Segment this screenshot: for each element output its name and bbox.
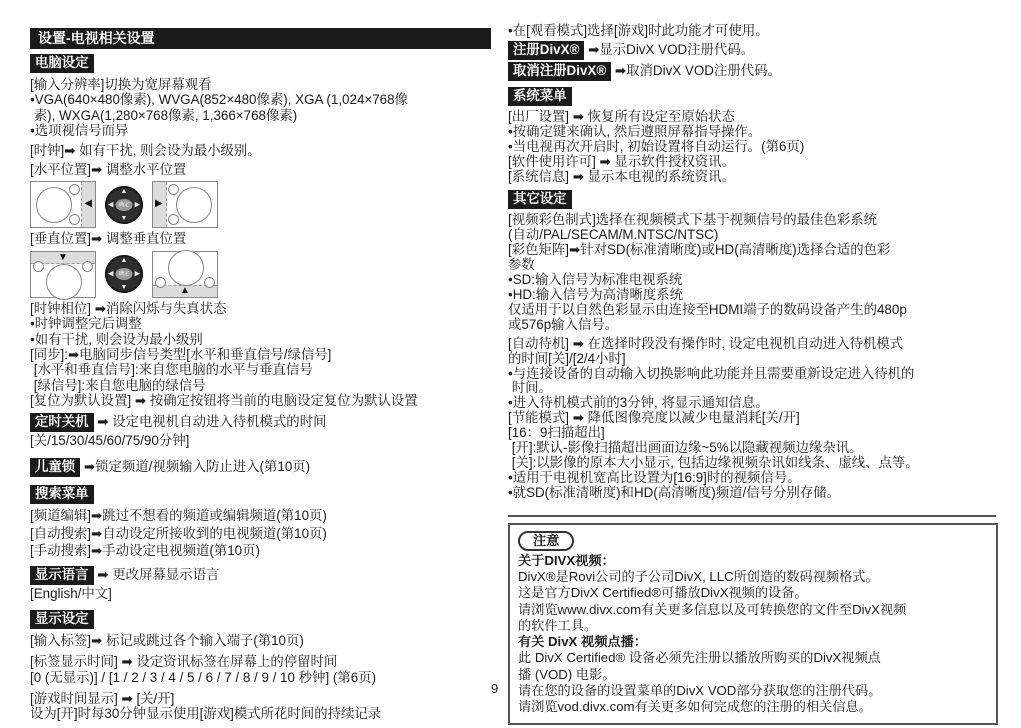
- divx-deregister-line: 取消注册DivX® ➡取消DivX VOD注册代码。: [508, 62, 996, 81]
- text-line: [绿信号]:来自您电脑的绿信号: [30, 378, 496, 393]
- picture-dot: [69, 214, 80, 225]
- text-line: [自动搜索]➡自动设定所接收到的电视频道(第10页): [30, 526, 496, 541]
- text-line: [16：9扫描超出]: [508, 426, 996, 441]
- picture-dot: [204, 277, 215, 288]
- text-line: •VGA(640×480像素), WVGA(852×480像素), XGA (1…: [30, 92, 496, 107]
- page-number: 9: [491, 681, 498, 696]
- screen-shifted-left: ◀: [30, 181, 96, 228]
- text-line: •如有干扰, 则会设为最小级别: [30, 332, 496, 347]
- badge-divx-register: 注册DivX®: [508, 41, 584, 60]
- text-line: [时钟相位] ➡消除闪烁与失真状态: [30, 301, 496, 316]
- text-line: 仅适用于以自然色彩显示由连接至HDMI端子的数码设备产生的480p: [508, 303, 996, 318]
- text-line: •时钟调整完后调整: [30, 316, 496, 331]
- text-line: [频道编辑]➡跳过不想看的频道或编辑频道(第10页): [30, 508, 496, 523]
- h-position-label: [水平位置]➡ 调整水平位置: [30, 162, 496, 177]
- text-line: •SD:输入信号为标准电视系统: [508, 273, 996, 288]
- sleep-timer-line: 定时关机 ➡ 设定电视机自动进入待机模式的时间: [30, 413, 496, 432]
- dpad-icon: ▲ ▼ ◀ ▶ 确定: [105, 255, 143, 293]
- picture-dot: [168, 214, 179, 225]
- text-line: ➡取消DivX VOD注册代码。: [611, 63, 781, 78]
- dpad-down-icon: ▼: [121, 215, 128, 222]
- text-line: ➡锁定频道/视频输入防止进入(第10页): [80, 459, 310, 474]
- badge-divx-deregister: 取消注册DivX®: [508, 62, 611, 81]
- text-line: •当电视再次开启时, 初始设置将自动运行。(第6页): [508, 140, 996, 155]
- text-line: 或576p输入信号。: [508, 318, 996, 333]
- note-heading: 有关 DivX 视频点播：: [518, 634, 988, 650]
- text-line: 请在您的设备的设置菜单的DivX VOD部分获取您的注册代码。: [518, 683, 988, 699]
- badge-other-settings: 其它设定: [508, 190, 572, 209]
- down-arrow-icon: ▼: [58, 253, 68, 263]
- dpad-left-icon: ◀: [108, 271, 113, 278]
- picture-dot: [69, 184, 80, 195]
- child-lock-line: 儿童锁 ➡锁定频道/视频输入防止进入(第10页): [30, 458, 496, 477]
- picture-dot: [33, 261, 44, 272]
- note-heading: 关于DIVX视频：: [518, 553, 988, 569]
- badge-pc-settings: 电脑设定: [30, 54, 94, 73]
- text-line: •适用于电视机宽高比设置为[16:9]时的视频信号。: [508, 471, 996, 486]
- picture-dot: [82, 261, 93, 272]
- divx-register-line: 注册DivX® ➡显示DivX VOD注册代码。: [508, 41, 996, 60]
- dpad-up-icon: ▲: [121, 188, 128, 195]
- left-arrow-icon: ◀: [84, 199, 92, 209]
- text-line: •就SD(标准清晰度)和HD(高清晰度)频道/信号分别存储。: [508, 486, 996, 501]
- badge-child-lock: 儿童锁: [30, 458, 80, 477]
- text-line: 此 DivX Certified® 设备必须先注册以播放所购买的DivX视频点: [518, 650, 988, 666]
- text-line: 的时间[关]/[2/4小时]: [508, 352, 996, 367]
- screen-shifted-up: ▲: [152, 251, 218, 298]
- text-line: 设为[开]时每30分钟显示使用[游戏]模式所花时间的持续记录: [30, 706, 496, 721]
- v-position-label: [垂直位置]➡ 调整垂直位置: [30, 231, 496, 246]
- text-line: [软件使用许可] ➡ 显示软件授权资讯。: [508, 155, 996, 170]
- screen-shifted-right: ▶: [152, 181, 218, 228]
- section-title-bar: 设置-电视相关设置: [30, 28, 491, 49]
- manual-page: 设置-电视相关设置 电脑设定 [输入分辨率]切换为宽屏幕观看 •VGA(640×…: [0, 0, 1021, 728]
- text-line: [关]:以影像的原本大小显示, 包括边缘视频杂讯如线条、虚线、点等。: [508, 456, 996, 471]
- text-line: [标签显示时间] ➡ 设定资讯标签在屏幕上的停留时间: [30, 654, 496, 669]
- text-line: ➡ 设定电视机自动进入待机模式的时间: [94, 414, 327, 429]
- badge-display-settings: 显示设定: [30, 610, 94, 629]
- text-line: 参数: [508, 258, 996, 273]
- left-column: 设置-电视相关设置 电脑设定 [输入分辨率]切换为宽屏幕观看 •VGA(640×…: [30, 28, 496, 722]
- text-line: [开]:默认-影像扫描超出画面边缘~5%以隐藏视频边缘杂讯。: [508, 441, 996, 456]
- text-line: [游戏时间显示] ➡ [关/开]: [30, 691, 496, 706]
- text-line: ➡显示DivX VOD注册代码。: [584, 42, 754, 57]
- picture-dot: [168, 184, 179, 195]
- picture-circle: [176, 187, 212, 223]
- text-line: ➡ 更改屏幕显示语言: [94, 567, 220, 582]
- text-line: [节能模式] ➡ 降低图像亮度以减少电量消耗[关/开]: [508, 411, 996, 426]
- dpad-right-icon: ▶: [135, 271, 140, 278]
- text-line: DivX®是Rovi公司的子公司DivX, LLC所创造的数码视频格式。: [518, 569, 988, 585]
- text-line: 播 (VOD) 电影。: [518, 667, 988, 683]
- screen-shifted-down: ▼: [30, 251, 96, 298]
- text-line: •HD:输入信号为高清晰度系统: [508, 288, 996, 303]
- text-line: [自动待机] ➡ 在选择时段没有操作时, 设定电视机自动进入待机模式: [508, 337, 996, 352]
- text-line: 这是官方DivX Certified®可播放DivX视频的设备。: [518, 585, 988, 601]
- text-line: •进入待机模式前的3分钟, 将显示通知信息。: [508, 396, 996, 411]
- text-line: [系统信息] ➡ 显示本电视的系统资讯。: [508, 170, 996, 185]
- badge-system-menu: 系统菜单: [508, 87, 572, 106]
- note-label: 注意: [518, 531, 574, 551]
- text-line: 请浏览vod.divx.com有关更多如何完成您的注册的相关信息。: [518, 699, 988, 715]
- dpad-right-icon: ▶: [135, 201, 140, 208]
- text-line: [时钟]➡ 如有干扰, 则会设为最小级别。: [30, 143, 496, 158]
- picture-circle: [36, 187, 72, 223]
- dpad-ok-button: 确定: [116, 268, 133, 280]
- text-line: [输入标签]➡ 标记或跳过各个输入端子(第10页): [30, 633, 496, 648]
- badge-osd-language: 显示语言: [30, 566, 94, 585]
- text-line: [关/15/30/45/60/75/90分钟]: [30, 433, 496, 448]
- text-line: [彩色矩阵]➡针对SD(标准清晰度)或HD(高清晰度)选择合适的色彩: [508, 243, 996, 258]
- dpad-ok-button: 确定: [116, 199, 133, 211]
- right-arrow-icon: ▶: [155, 199, 163, 209]
- text-line: [水平和垂直信号]:来自您电脑的水平与垂直信号: [30, 362, 496, 377]
- text-line: •在[观看模式]选择[游戏]时此功能才可使用。: [508, 24, 996, 39]
- h-position-diagram: ◀ ▲ ▼ ◀ ▶ 确定 ▶: [30, 181, 496, 228]
- badge-search-menu: 搜索菜单: [30, 485, 94, 504]
- text-line: [同步]:➡电脑同步信号类型[水平和垂直信号/绿信号]: [30, 347, 496, 362]
- text-line: 的软件工具。: [518, 618, 988, 634]
- osd-language-line: 显示语言 ➡ 更改屏幕显示语言: [30, 566, 496, 585]
- text-line: [输入分辨率]切换为宽屏幕观看: [30, 77, 496, 92]
- dpad-left-icon: ◀: [108, 201, 113, 208]
- dpad-icon: ▲ ▼ ◀ ▶ 确定: [105, 186, 143, 224]
- divx-note-box: 注意 关于DIVX视频： DivX®是Rovi公司的子公司DivX, LLC所创…: [508, 523, 998, 725]
- text-line: [手动搜索]➡手动设定电视频道(第10页): [30, 543, 496, 558]
- text-line: (自动/PAL/SECAM/M.NTSC/NTSC): [508, 228, 996, 243]
- text-line: [复位为默认设置] ➡ 按确定按钮将当前的电脑设定复位为默认设置: [30, 393, 496, 408]
- badge-sleep-timer: 定时关机: [30, 413, 94, 432]
- picture-dot: [155, 277, 166, 288]
- text-line: •按确定键来确认, 然后遵照屏幕指导操作。: [508, 125, 996, 140]
- picture-circle: [168, 250, 204, 286]
- right-column: •在[观看模式]选择[游戏]时此功能才可使用。 注册DivX® ➡显示DivX …: [508, 24, 996, 725]
- dpad-down-icon: ▼: [121, 284, 128, 291]
- text-line: [出厂设置] ➡ 恢复所有设定至原始状态: [508, 110, 996, 125]
- text-line: [English/中文]: [30, 586, 496, 601]
- up-arrow-icon: ▲: [180, 286, 190, 296]
- text-line: 请浏览www.divx.com有关更多信息以及可转换您的文件至DivX视频: [518, 602, 988, 618]
- v-position-diagram: ▼ ▲ ▼ ◀ ▶ 确定 ▲: [30, 251, 496, 298]
- text-line: 素), WXGA(1,280×768像素, 1,366×768像素): [30, 108, 496, 123]
- picture-circle: [46, 264, 82, 300]
- text-line: •与连接设备的自动输入切换影响此功能并且需要重新设定进入待机的: [508, 367, 996, 382]
- divider: [508, 515, 996, 517]
- text-line: •选项视信号而异: [30, 123, 496, 138]
- dpad-up-icon: ▲: [121, 257, 128, 264]
- text-line: [0 (无显示)] / [1 / 2 / 3 / 4 / 5 / 6 / 7 /…: [30, 670, 496, 685]
